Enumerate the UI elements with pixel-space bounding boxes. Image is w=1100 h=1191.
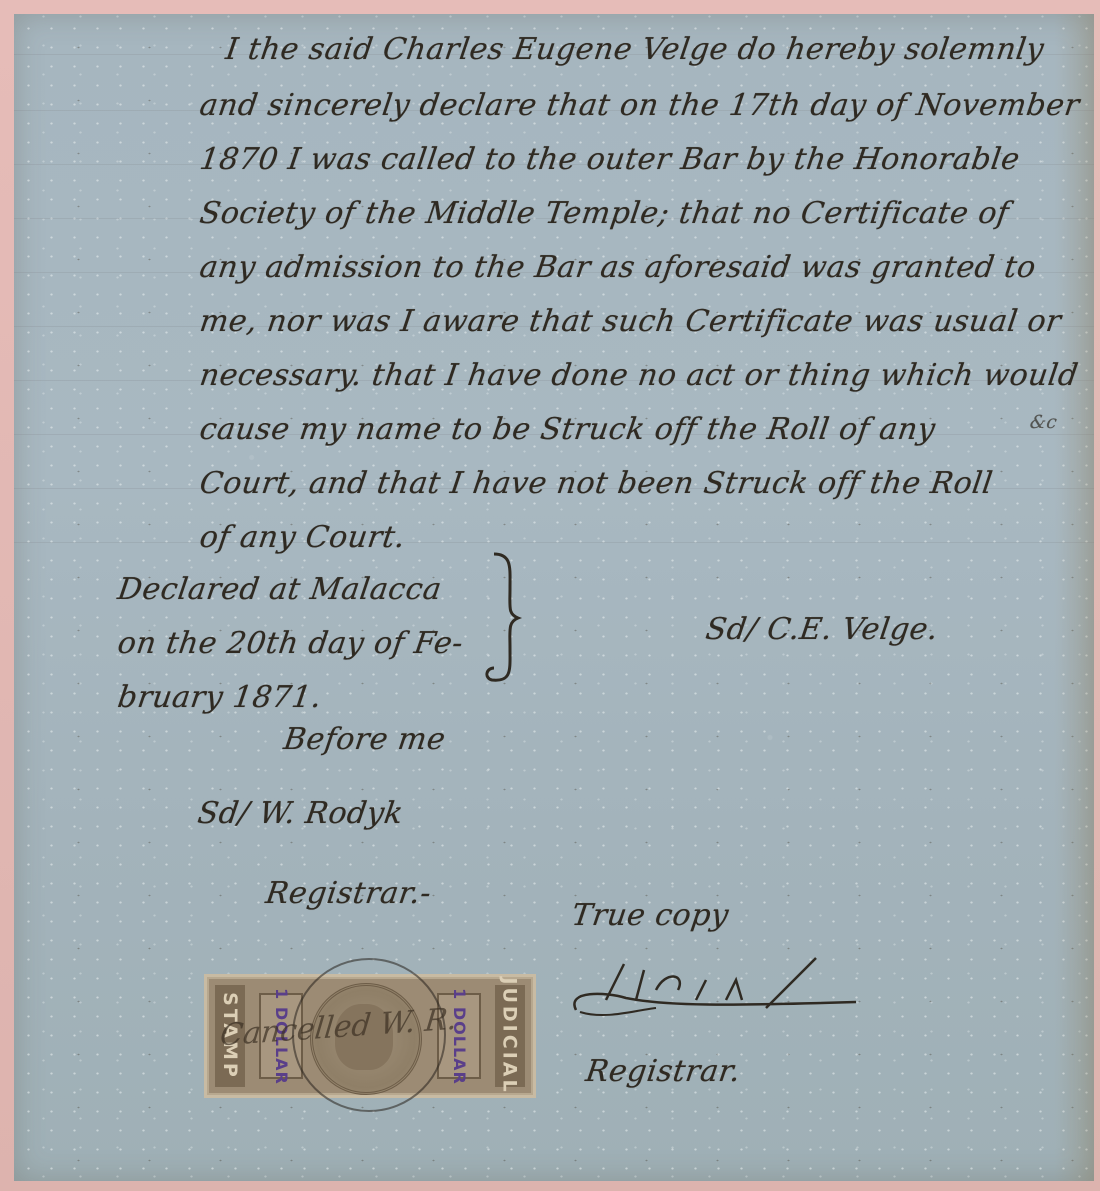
body-line-3: 1870 I was called to the outer Bar by th…: [198, 142, 1022, 177]
body-line-4: Society of the Middle Temple; that no Ce…: [198, 196, 1012, 231]
declarant-signature: Sd/ C.E. Velge.: [704, 612, 941, 647]
before-me-label: Before me: [282, 722, 448, 757]
ruled-line: [14, 542, 1094, 543]
body-line-5: any admission to the Bar as aforesaid wa…: [198, 250, 1039, 285]
registrar-signature-flourish: [566, 950, 866, 1040]
curly-brace-icon: [478, 548, 538, 688]
witness-signature: Sd/ W. Rodyk: [196, 796, 406, 831]
body-line-8: cause my name to be Struck off the Roll …: [198, 412, 938, 447]
body-line-7: necessary. that I have done no act or th…: [198, 358, 1081, 393]
declared-line-3: bruary 1871.: [116, 680, 324, 715]
marginal-note: &c: [1029, 412, 1059, 433]
body-line-6: me, nor was I aware that such Certificat…: [198, 304, 1064, 339]
body-line-1: I the said Charles Eugene Velge do hereb…: [224, 32, 1047, 67]
body-line-10: of any Court.: [198, 520, 408, 555]
declared-line-1: Declared at Malacca: [116, 572, 444, 607]
body-line-2: and sincerely declare that on the 17th d…: [198, 88, 1082, 123]
body-line-9: Court, and that I have not been Struck o…: [198, 466, 996, 501]
certification-title: Registrar.: [584, 1054, 743, 1089]
declared-line-2: on the 20th day of Fe-: [116, 626, 466, 661]
witness-title: Registrar.-: [264, 876, 434, 911]
stamp-right-band: JUDICIAL: [495, 985, 525, 1087]
true-copy-label: True copy: [570, 898, 731, 933]
